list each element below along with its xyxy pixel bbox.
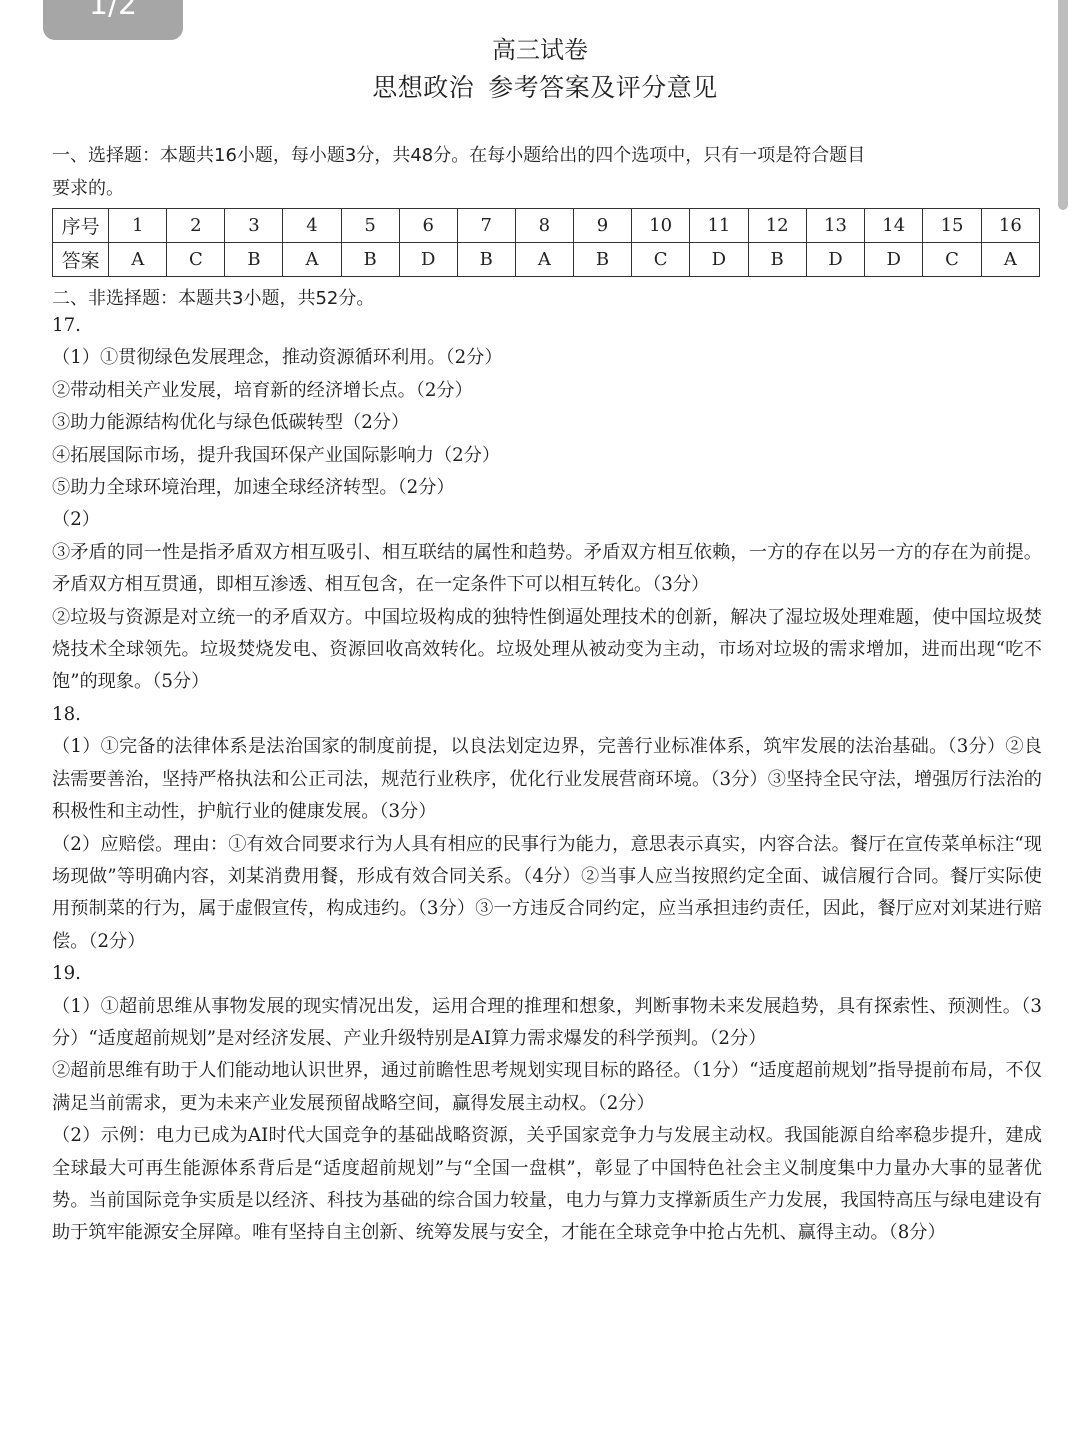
question-number: 4 [283,209,341,243]
answer-cell: A [981,243,1039,277]
answer-cell: C [631,243,689,277]
answer-cell: C [923,243,981,277]
answer-cell: A [109,243,167,277]
answer-cell: B [457,243,515,277]
answer-cell: C [167,243,225,277]
q18-part1-paragraph: （1）①完备的法律体系是法治国家的制度前提，以良法划定边界，完善行业标准体系，筑… [52,731,1042,828]
section1-heading-line2: 要求的。 [52,172,1042,205]
section1-heading: 一、选择题：本题共16小题，每小题3分，共48分。在每小题给出的四个选项中，只有… [52,139,1042,205]
section1-heading-line1: 一、选择题：本题共16小题，每小题3分，共48分。在每小题给出的四个选项中，只有… [52,139,1042,172]
question-number: 12 [748,209,806,243]
answer-cell: B [341,243,399,277]
answer-cell: A [515,243,573,277]
answer-table: 序号 1 2 3 4 5 6 7 8 9 10 11 12 13 14 15 1… [52,208,1040,277]
document-subtitle: 思想政治参考答案及评分意见 [0,68,1080,104]
question-number: 11 [690,209,748,243]
q17-part1-item: ④拓展国际市场，提升我国环保产业国际影响力（2分） [52,440,1042,472]
answer-cell: D [865,243,923,277]
q19-part1-paragraph-a: （1）①超前思维从事物发展的现实情况出发，运用合理的推理和想象，判断事物未来发展… [52,991,1042,1056]
question-number: 9 [573,209,631,243]
q17-part1-item: ②带动相关产业发展，培育新的经济增长点。（2分） [52,375,1042,407]
question-number: 15 [923,209,981,243]
question-number: 16 [981,209,1039,243]
q18-part2-paragraph: （2）应赔偿。理由：①有效合同要求行为人具有相应的民事行为能力，意思表示真实，内… [52,829,1042,959]
document-title: 高三试卷 [0,30,1080,65]
q17-part1-item: ⑤助力全球环境治理，加速全球经济转型。（2分） [52,472,1042,504]
question-number: 2 [167,209,225,243]
answer-cell: D [399,243,457,277]
q17-part1-item: （1）①贯彻绿色发展理念，推动资源循环利用。（2分） [52,342,1042,374]
answer-cell: A [283,243,341,277]
q17-part2-paragraph: ③矛盾的同一性是指矛盾双方相互吸引、相互联结的属性和趋势。矛盾双方相互依赖，一方… [52,537,1042,602]
question-number: 1 [109,209,167,243]
row-label: 答案 [53,243,109,277]
question-number: 13 [806,209,864,243]
question-number: 3 [225,209,283,243]
q17-part2-label: （2） [52,504,1042,536]
q17-part2-paragraph: ②垃圾与资源是对立统一的矛盾双方。中国垃圾构成的独特性倒逼处理技术的创新，解决了… [52,602,1042,699]
q17-number: 17. [52,310,1042,342]
subtitle-text: 参考答案及评分意见 [488,73,718,102]
q19-part1-paragraph-b: ②超前思维有助于人们能动地认识世界，通过前瞻性思考规划实现目标的路径。（1分）“… [52,1055,1042,1120]
answer-cell: D [690,243,748,277]
q19-number: 19. [52,958,1042,990]
question-number: 6 [399,209,457,243]
page-indicator-text: 1/2 [89,0,137,20]
answer-cell: B [225,243,283,277]
question-number: 5 [341,209,399,243]
answer-cell: B [748,243,806,277]
answer-table-answer-row: 答案 A C B A B D B A B C D B D D C A [53,243,1040,277]
row-label: 序号 [53,209,109,243]
question-number: 7 [457,209,515,243]
question-number: 14 [865,209,923,243]
q19-part2-paragraph: （2）示例：电力已成为AI时代大国竞争的基础战略资源，关乎国家竞争力与发展主动权… [52,1120,1042,1250]
answer-cell: D [806,243,864,277]
answer-cell: B [573,243,631,277]
question-number: 10 [631,209,689,243]
question-number: 8 [515,209,573,243]
answer-table-number-row: 序号 1 2 3 4 5 6 7 8 9 10 11 12 13 14 15 1… [53,209,1040,243]
subject-name: 思想政治 [372,73,474,102]
answer-content: 17. （1）①贯彻绿色发展理念，推动资源循环利用。（2分） ②带动相关产业发展… [52,310,1042,1250]
q17-part1-item: ③助力能源结构优化与绿色低碳转型（2分） [52,407,1042,439]
q18-number: 18. [52,699,1042,731]
